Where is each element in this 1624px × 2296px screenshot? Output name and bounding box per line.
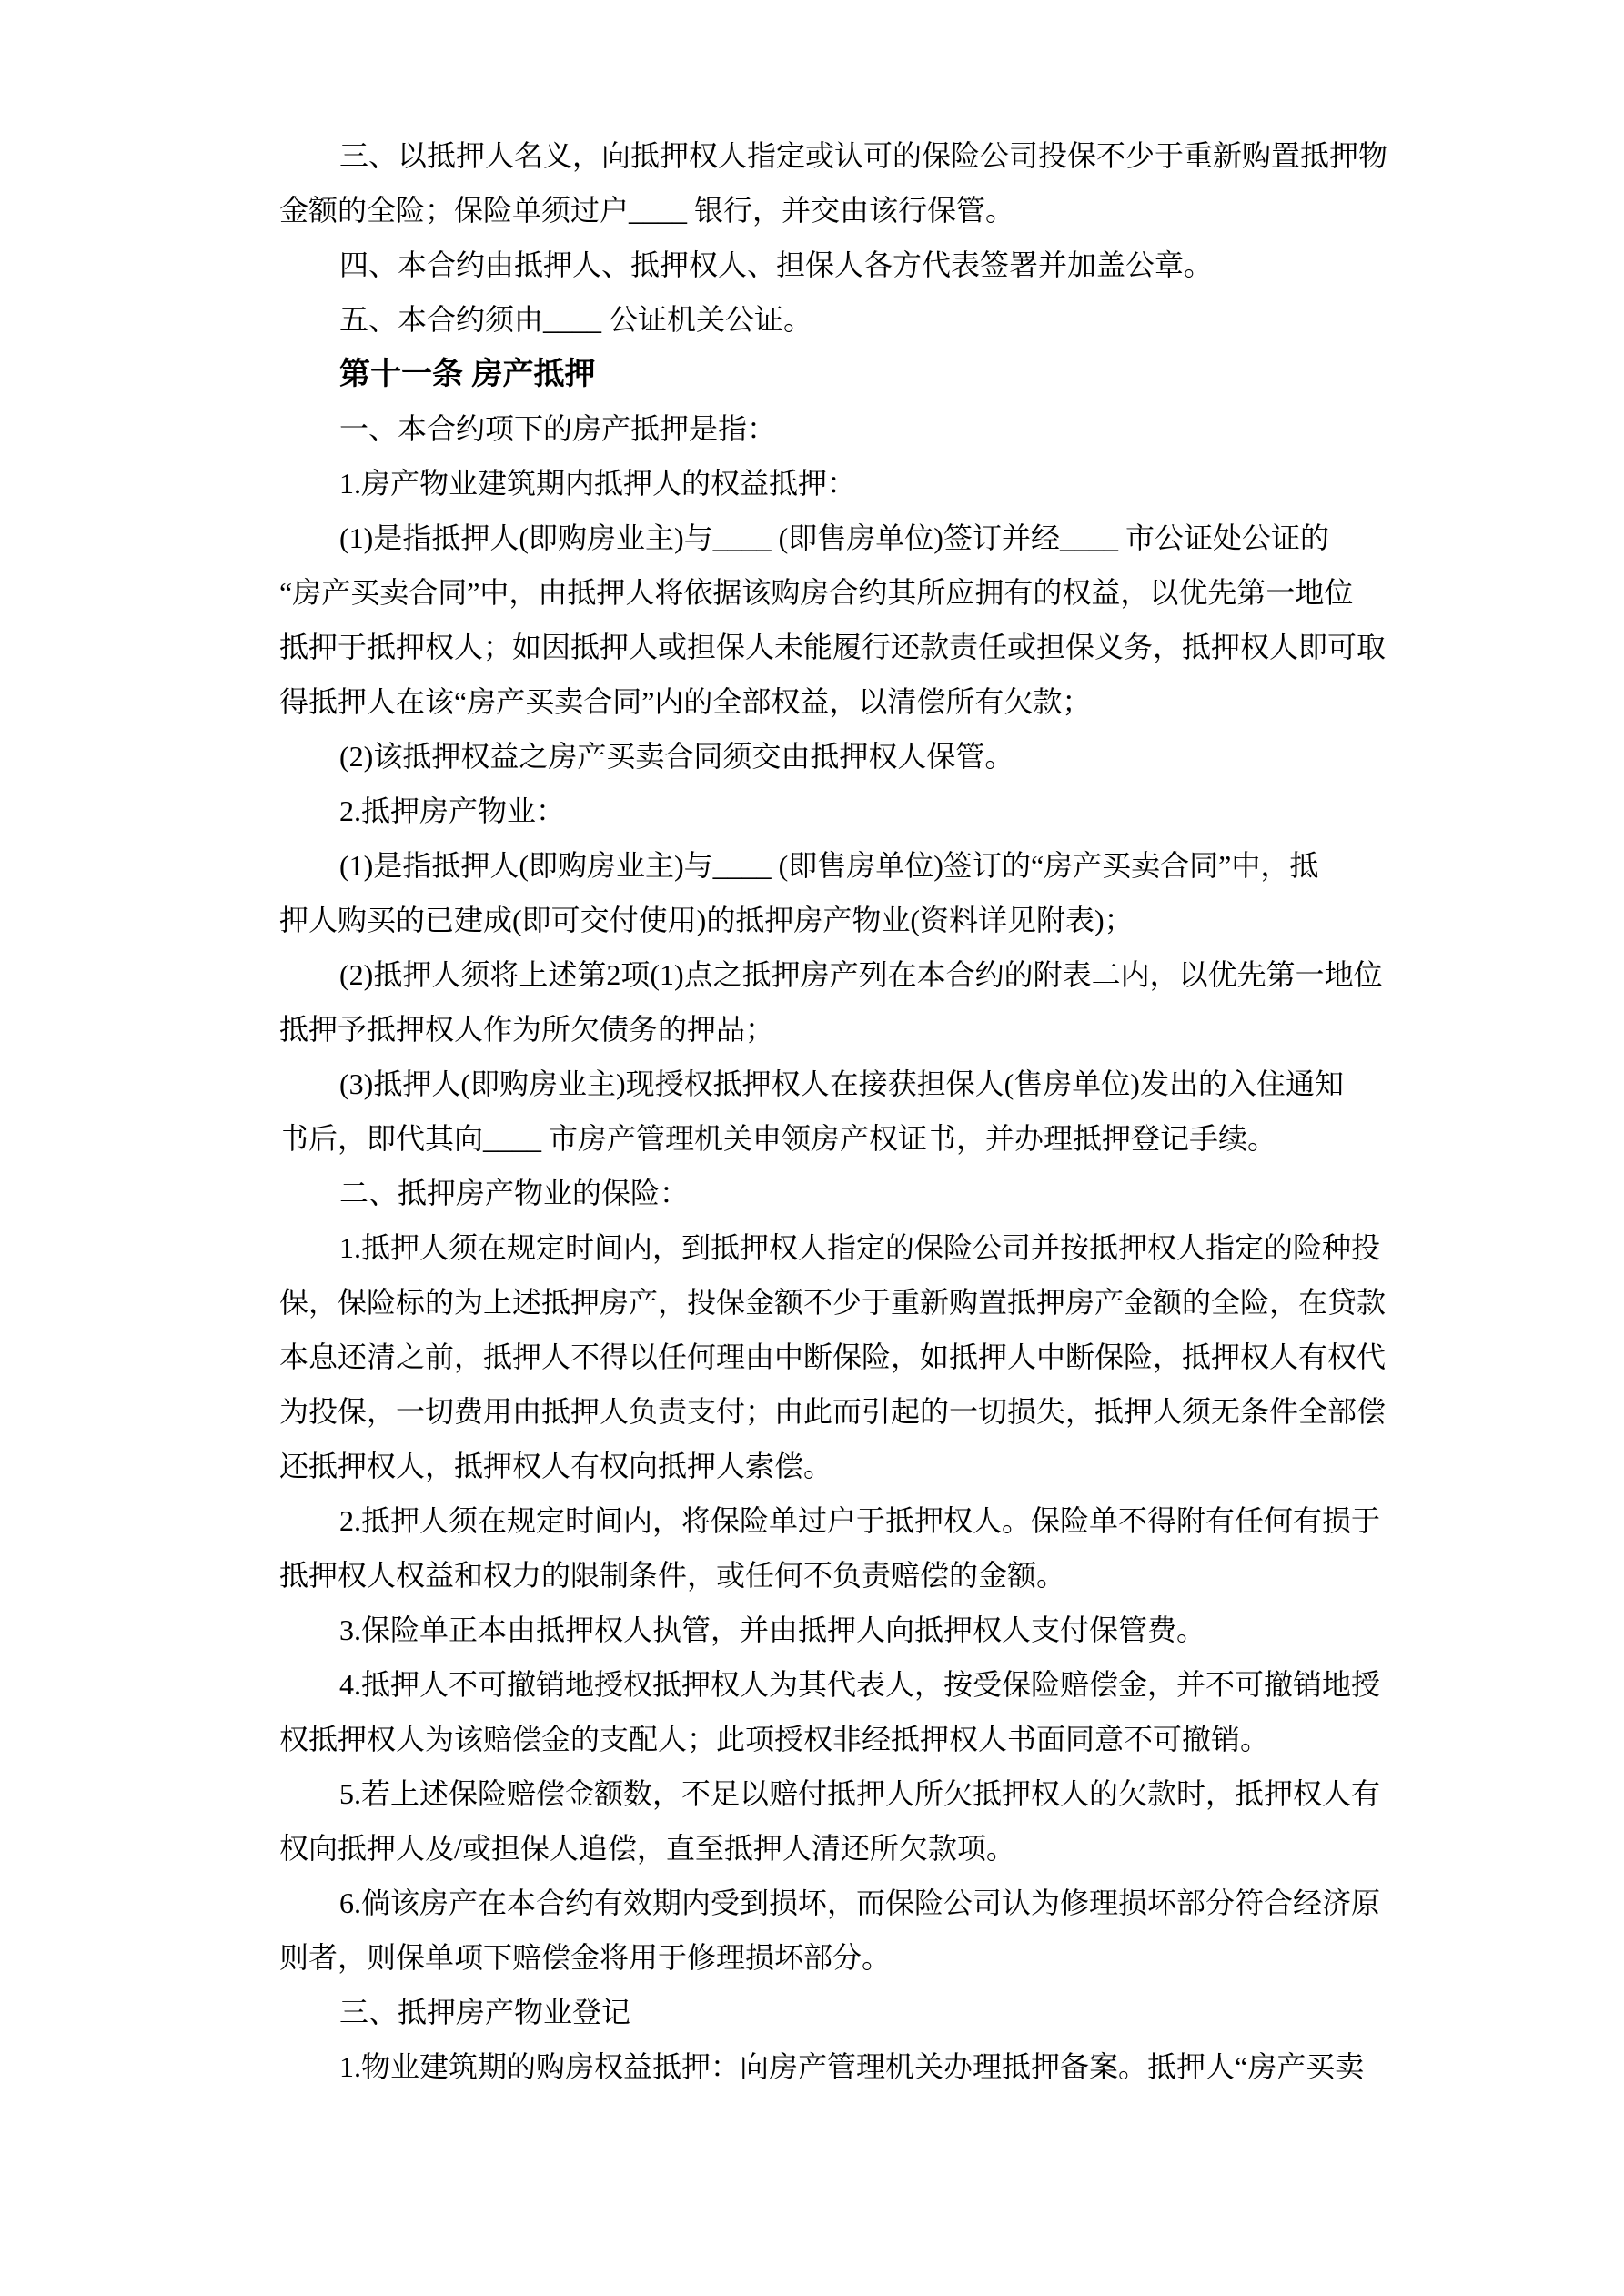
text-line: 权向抵押人及/或担保人追偿，直至抵押人清还所欠款项。	[279, 1821, 1462, 1876]
text-line: 本息还清之前，抵押人不得以任何理由中断保险，如抵押人中断保险，抵押权人有权代	[279, 1330, 1462, 1384]
text-line: (2)抵押人须将上述第2项(1)点之抵押房产列在本合约的附表二内，以优先第一地位	[279, 947, 1462, 1002]
text-line: (2)该抵押权益之房产买卖合同须交由抵押权人保管。	[279, 729, 1462, 784]
text-line: 抵押权人权益和权力的限制条件，或任何不负责赔偿的金额。	[279, 1548, 1462, 1603]
text-line: 还抵押权人，抵押权人有权向抵押人索偿。	[279, 1439, 1462, 1493]
document-body: 三、以抵押人名义，向抵押权人指定或认可的保险公司投保不少于重新购置抵押物金额的全…	[279, 128, 1462, 2094]
text-line: 四、本合约由抵押人、抵押权人、担保人各方代表签署并加盖公章。	[279, 238, 1462, 292]
text-line: 4.抵押人不可撤销地授权抵押权人为其代表人，按受保险赔偿金，并不可撤销地授	[279, 1657, 1462, 1712]
text-line: 抵押于抵押权人；如因抵押人或担保人未能履行还款责任或担保义务，抵押权人即可取	[279, 620, 1462, 674]
text-line: 五、本合约须由____ 公证机关公证。	[279, 292, 1462, 347]
page: 三、以抵押人名义，向抵押权人指定或认可的保险公司投保不少于重新购置抵押物金额的全…	[0, 0, 1624, 2296]
text-line: 三、以抵押人名义，向抵押权人指定或认可的保险公司投保不少于重新购置抵押物	[279, 128, 1462, 183]
text-line: 为投保，一切费用由抵押人负责支付；由此而引起的一切损失，抵押人须无条件全部偿	[279, 1384, 1462, 1439]
text-line: 押人购买的已建成(即可交付使用)的抵押房产物业(资料详见附表)；	[279, 893, 1462, 947]
text-line: 1.抵押人须在规定时间内，到抵押权人指定的保险公司并按抵押权人指定的险种投	[279, 1220, 1462, 1275]
text-line: 5.若上述保险赔偿金额数，不足以赔付抵押人所欠抵押权人的欠款时，抵押权人有	[279, 1766, 1462, 1821]
text-line: 金额的全险；保险单须过户____ 银行，并交由该行保管。	[279, 183, 1462, 238]
text-line: (1)是指抵押人(即购房业主)与____ (即售房单位)签订并经____ 市公证…	[279, 511, 1462, 565]
text-line: 一、本合约项下的房产抵押是指：	[279, 401, 1462, 456]
text-line: (3)抵押人(即购房业主)现授权抵押权人在接获担保人(售房单位)发出的入住通知	[279, 1057, 1462, 1111]
text-line: 权抵押权人为该赔偿金的支配人；此项授权非经抵押权人书面同意不可撤销。	[279, 1712, 1462, 1766]
text-line: 得抵押人在该“房产买卖合同”内的全部权益，以清偿所有欠款；	[279, 674, 1462, 729]
text-line: 抵押予抵押权人作为所欠债务的押品；	[279, 1002, 1462, 1057]
text-line: 保，保险标的为上述抵押房产，投保金额不少于重新购置抵押房产金额的全险，在贷款	[279, 1275, 1462, 1330]
text-line: 6.倘该房产在本合约有效期内受到损坏，而保险公司认为修理损坏部分符合经济原	[279, 1876, 1462, 1930]
text-line: 2.抵押人须在规定时间内，将保险单过户于抵押权人。保险单不得附有任何有损于	[279, 1493, 1462, 1548]
text-line: 书后，即代其向____ 市房产管理机关申领房产权证书，并办理抵押登记手续。	[279, 1111, 1462, 1166]
text-line: 1.房产物业建筑期内抵押人的权益抵押：	[279, 456, 1462, 511]
text-line: 二、抵押房产物业的保险：	[279, 1166, 1462, 1220]
text-line: 3.保险单正本由抵押权人执管，并由抵押人向抵押权人支付保管费。	[279, 1603, 1462, 1657]
text-line: 1.物业建筑期的购房权益抵押：向房产管理机关办理抵押备案。抵押人“房产买卖	[279, 2039, 1462, 2094]
text-line: “房产买卖合同”中，由抵押人将依据该购房合约其所应拥有的权益，以优先第一地位	[279, 565, 1462, 620]
text-line: 则者，则保单项下赔偿金将用于修理损坏部分。	[279, 1930, 1462, 1985]
text-line: 2.抵押房产物业：	[279, 784, 1462, 838]
text-line: 三、抵押房产物业登记	[279, 1985, 1462, 2039]
text-line: (1)是指抵押人(即购房业主)与____ (即售房单位)签订的“房产买卖合同”中…	[279, 838, 1462, 893]
section-heading: 第十一条 房产抵押	[279, 347, 1462, 401]
